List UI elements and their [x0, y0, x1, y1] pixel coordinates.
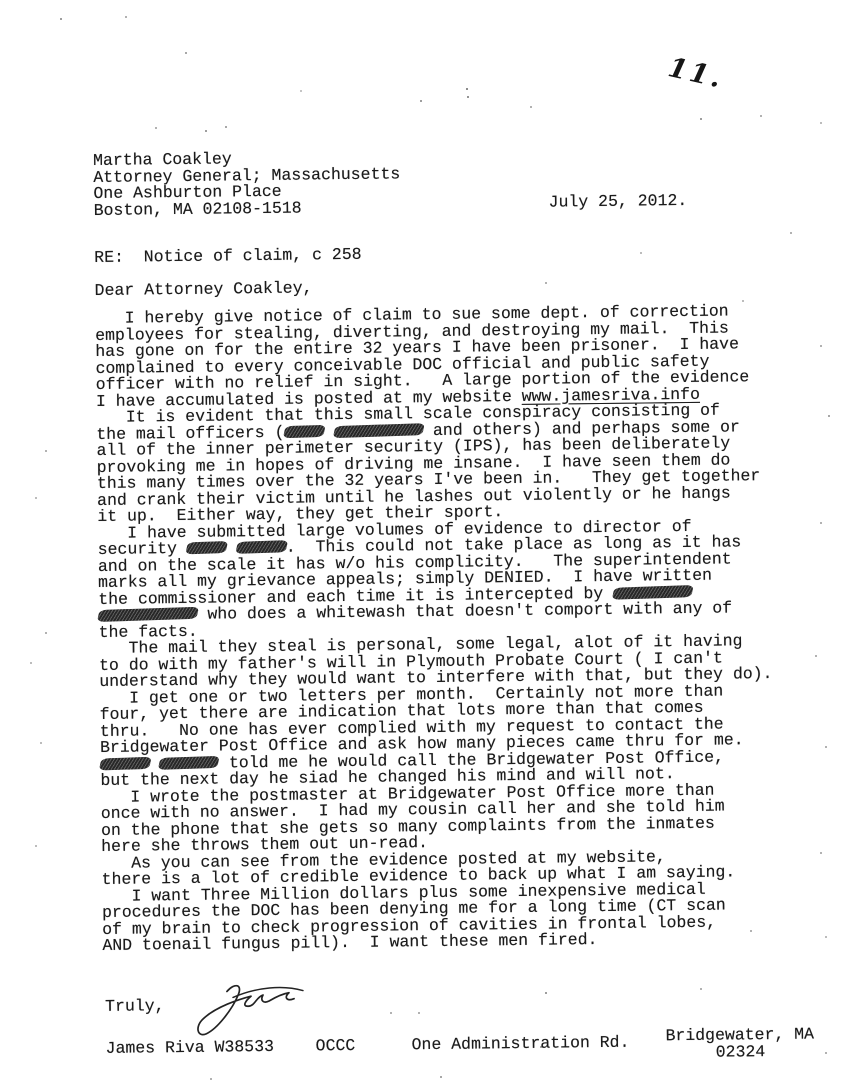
paragraph: I have submitted large volumes of eviden… [97, 517, 772, 640]
paragraph: I get one or two letters per month. Cert… [99, 682, 773, 789]
handwritten-signature [191, 978, 317, 1039]
paragraph: I hereby give notice of claim to sue som… [95, 303, 769, 410]
salutation: Dear Attorney Coakley, [95, 280, 313, 299]
letter-content: Martha Coakley Attorney General; Massach… [93, 145, 804, 1078]
recipient-city: Boston, MA 02108-1518 [94, 199, 401, 219]
redacted-name [283, 424, 325, 437]
redacted-name [99, 756, 151, 770]
sender-facility: OCCC [316, 1038, 356, 1055]
sender-zip: 02324 [716, 1044, 766, 1061]
sender-name: James Riva W38533 [106, 1039, 275, 1057]
paragraph: I want Three Million dollars plus some i… [102, 880, 776, 954]
letter-date: July 25, 2012. [549, 193, 688, 211]
redacted-name [97, 607, 199, 622]
handwritten-page-number: 11. [665, 52, 727, 95]
scan-noise [0, 0, 2, 2]
subject-line: RE: Notice of claim, c 258 [94, 247, 362, 267]
paragraph: I wrote the postmaster at Bridgewater Po… [101, 781, 775, 855]
paragraph: It is evident that this small scale cons… [96, 402, 771, 525]
redacted-name [332, 423, 424, 438]
redacted-name [612, 585, 694, 600]
letter-body: I hereby give notice of claim to sue som… [95, 303, 776, 954]
scanned-letter-page: 11. Martha Coakley Attorney General; Mas… [0, 0, 850, 1082]
redacted-name [185, 541, 227, 554]
redacted-name [235, 540, 287, 554]
redacted-name [158, 755, 220, 769]
closing: Truly, [105, 998, 165, 1015]
recipient-address-block: Martha Coakley Attorney General; Massach… [93, 149, 401, 219]
sender-street: One Administration Rd. [412, 1035, 630, 1054]
